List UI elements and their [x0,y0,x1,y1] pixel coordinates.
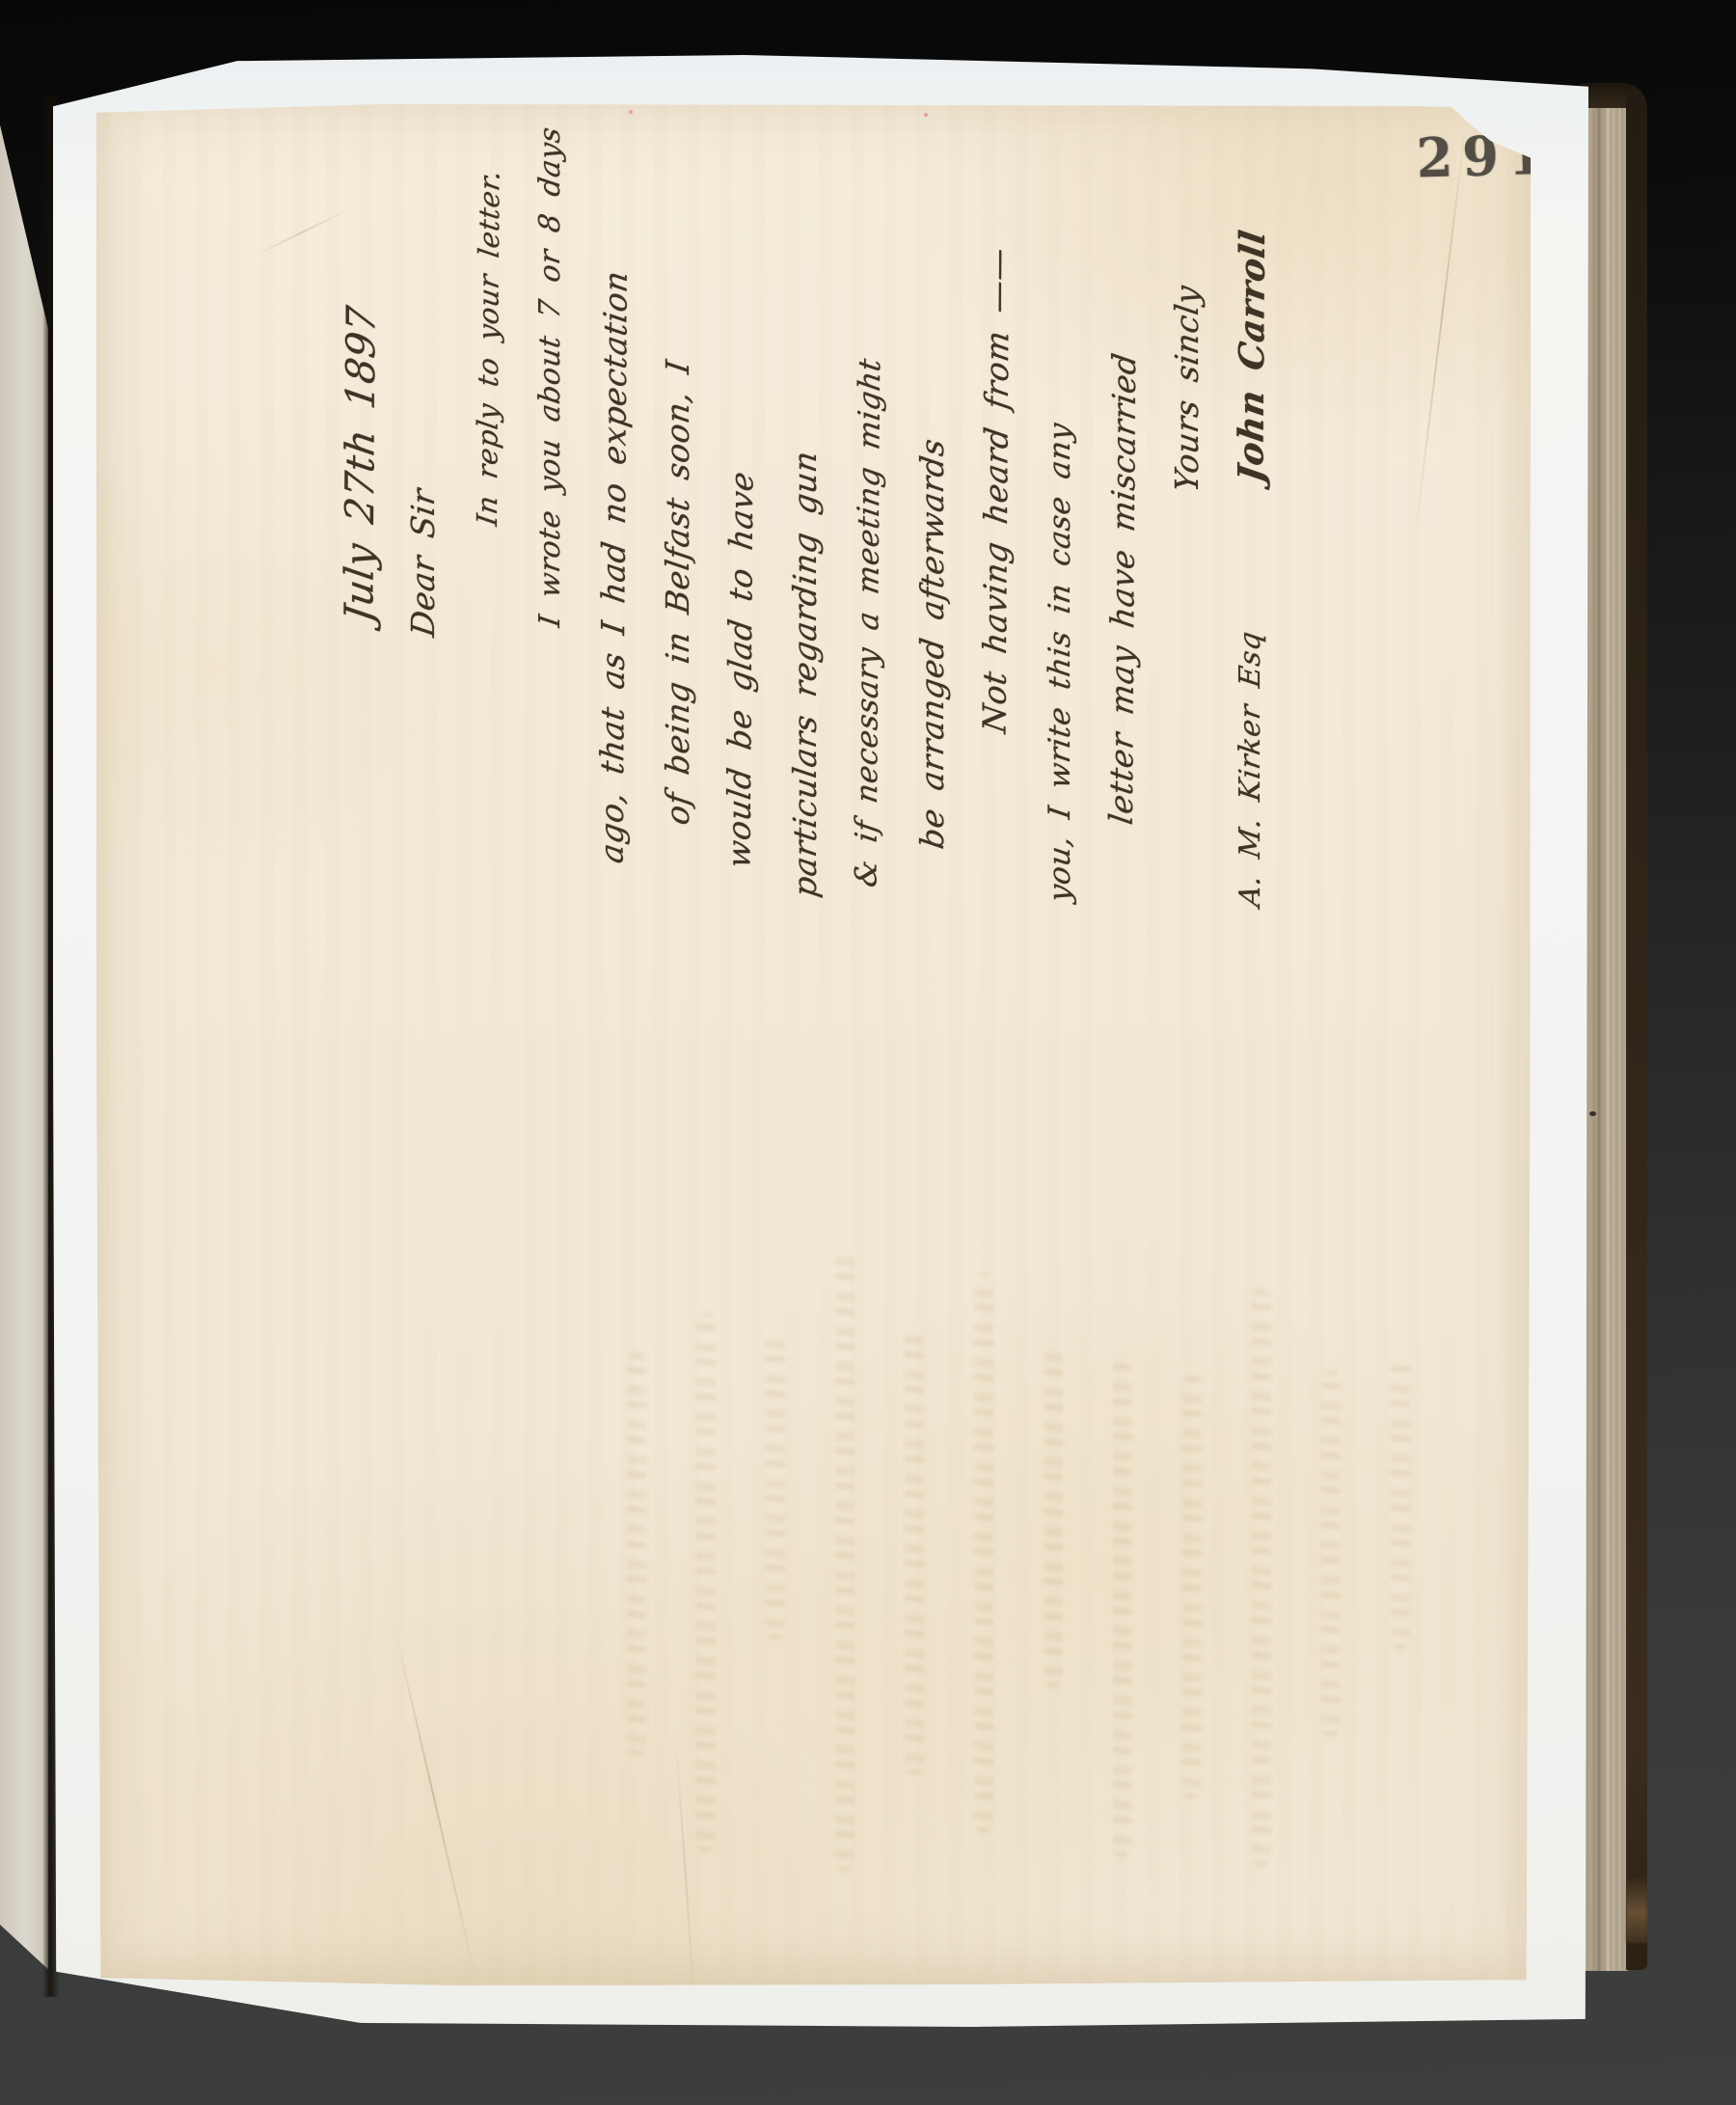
showthrough-line [1252,1288,1271,1867]
showthrough-line [627,1351,646,1756]
facing-page-edge [0,114,48,1981]
showthrough-line [974,1273,993,1833]
letter-line: you, I write this in case any [1030,130,1094,911]
showthrough-line [1321,1370,1341,1736]
page-number-stamp: 291 [1378,121,1592,197]
showthrough-line [696,1312,716,1852]
letter-line: Yours sincly [1157,130,1221,911]
handwritten-letter: July 27th 1897Dear SirIn reply to your l… [330,135,1348,907]
letter-line: particulars regarding gun [775,130,839,911]
letter-line: would be glad to have [709,131,778,912]
showthrough-line [1391,1360,1410,1650]
album-page: 291 July 27th 1897Dear SirIn reply to yo… [53,53,1588,2027]
letter-line: of being in Belfast soon, I [648,130,712,911]
showthrough-line [905,1322,924,1775]
letter-line: I wrote you about 7 or 8 days [521,130,584,911]
book-cover-edge [1626,89,1647,1970]
letter-line: A. M. Kirker Esq [1221,130,1285,911]
paper-crease [394,1632,478,1990]
showthrough-line [766,1331,785,1640]
letter-line: In reply to your letter. [454,131,524,912]
ink-showthrough [627,820,1495,1881]
pink-speck [924,113,928,117]
paper-fleck [1589,1111,1596,1116]
showthrough-line [835,1254,854,1872]
letter-line: letter may have miscarried [1091,131,1160,912]
letter-line: ago, that as I had no expectation [582,131,651,912]
letter-sheet: 291 July 27th 1897Dear SirIn reply to yo… [96,103,1531,1985]
showthrough-line [1182,1375,1202,1799]
letter-line: & if necessary a meeting might [836,131,906,912]
showthrough-line [1044,1341,1063,1688]
pink-speck [629,110,633,114]
letter-line: July 27th 1897 [327,131,396,912]
photo-backdrop: 291 July 27th 1897Dear SirIn reply to yo… [0,0,1736,2105]
letter-line: be arranged afterwards [903,130,966,911]
letter-line: Not having heard from —— [963,131,1033,912]
letter-line: Dear Sir [393,130,457,911]
showthrough-line [1113,1355,1132,1857]
